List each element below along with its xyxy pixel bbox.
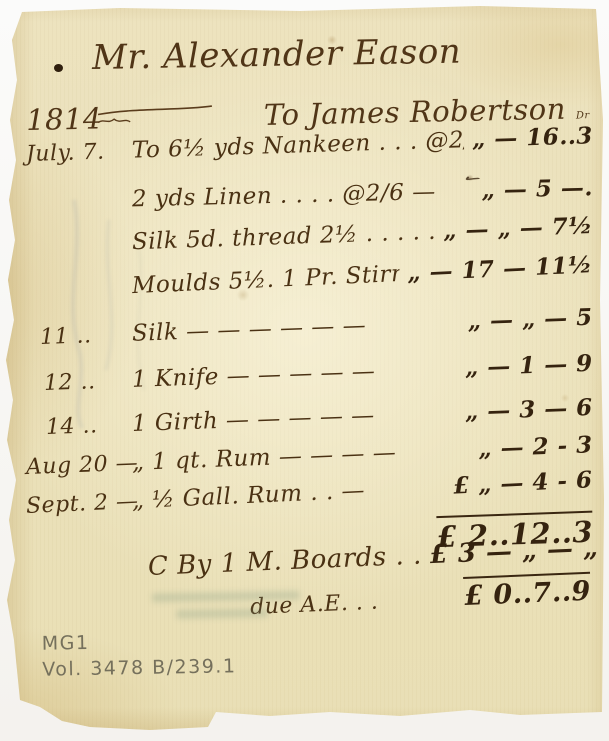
- entry-date: [26, 293, 132, 298]
- entry-date: July. 7.: [26, 139, 133, 167]
- entry-item: Moulds 5½. 1 Pr. Stirrups 17/6 —: [131, 261, 400, 299]
- entry-amount: „ — „ — 7½: [443, 212, 593, 244]
- entry-date: 14 ..: [46, 412, 133, 440]
- entry-amount: „ — 2 - 3: [478, 431, 593, 462]
- credit-value: 3 — „ — „: [457, 533, 599, 569]
- ink-dot: [54, 64, 63, 72]
- entry-item: 1 Knife — — — — —: [132, 356, 458, 393]
- entry-date: Sept. 2 —: [25, 489, 132, 519]
- entry-date: [26, 249, 132, 253]
- entry-amount: „ — 3 — 6: [465, 394, 594, 425]
- entry-amount: £ „ — 4 - 6: [453, 466, 593, 499]
- entry-amount: „ — 16..3: [472, 122, 594, 153]
- stamp-blur-line: [152, 591, 300, 603]
- entry-amount: „ — 17 — 11½: [407, 251, 593, 286]
- scanned-receipt-1814: Mr. Alexander Eason 1814 To James Robert…: [0, 0, 609, 741]
- entry-amount: „ — „ — 5: [467, 304, 593, 335]
- ledger-row: 2 yds Linen . . . . @2/6 — „ — 5 —.: [26, 174, 593, 215]
- archival-fonds: MG1: [42, 628, 237, 657]
- entry-item: „ ½ Gall. Rum . . —: [131, 474, 446, 514]
- entry-date: [26, 206, 132, 209]
- entry-amount: „ — 5 —.: [481, 174, 593, 204]
- archive-stamp: [152, 591, 300, 620]
- year-text: 1814: [26, 101, 103, 137]
- entry-date: 12 ..: [44, 368, 133, 396]
- entry-date: Aug 20 —: [26, 451, 133, 480]
- stamp-blur-line: [176, 608, 268, 619]
- balance-line: due A.E. . . £ 0..7..9: [249, 572, 591, 621]
- balance-currency: £: [464, 580, 485, 612]
- archival-volume: Vol. 3478 B/239.1: [42, 654, 237, 683]
- entry-item: 2 yds Linen . . . . @2/6 —: [132, 178, 474, 212]
- entry-item: Silk 5d. thread 2½ . . . . . .: [131, 219, 435, 256]
- entry-item: 1 Girth — — — — —: [132, 400, 458, 437]
- credit-currency: £: [429, 539, 449, 570]
- year-flourish: [96, 104, 216, 129]
- addressee-name: Mr. Alexander Eason: [92, 32, 462, 78]
- debtor-abbrev: Dr: [576, 110, 590, 121]
- addressee-line: Mr. Alexander Eason: [92, 29, 594, 78]
- credit-label: C By 1 M. Boards . .: [147, 541, 422, 582]
- entry-amount: „ — 1 — 9: [465, 350, 594, 381]
- entry-item: Silk — — — — — —: [132, 309, 461, 346]
- entry-item: „ 1 qt. Rum — — — —: [131, 437, 470, 476]
- paper-sheet: Mr. Alexander Eason 1814 To James Robert…: [0, 0, 609, 741]
- entry-date: 11 ..: [40, 322, 133, 350]
- balance-value: 0..7..9: [493, 576, 592, 611]
- archival-notation: MG1 Vol. 3478 B/239.1: [42, 628, 237, 683]
